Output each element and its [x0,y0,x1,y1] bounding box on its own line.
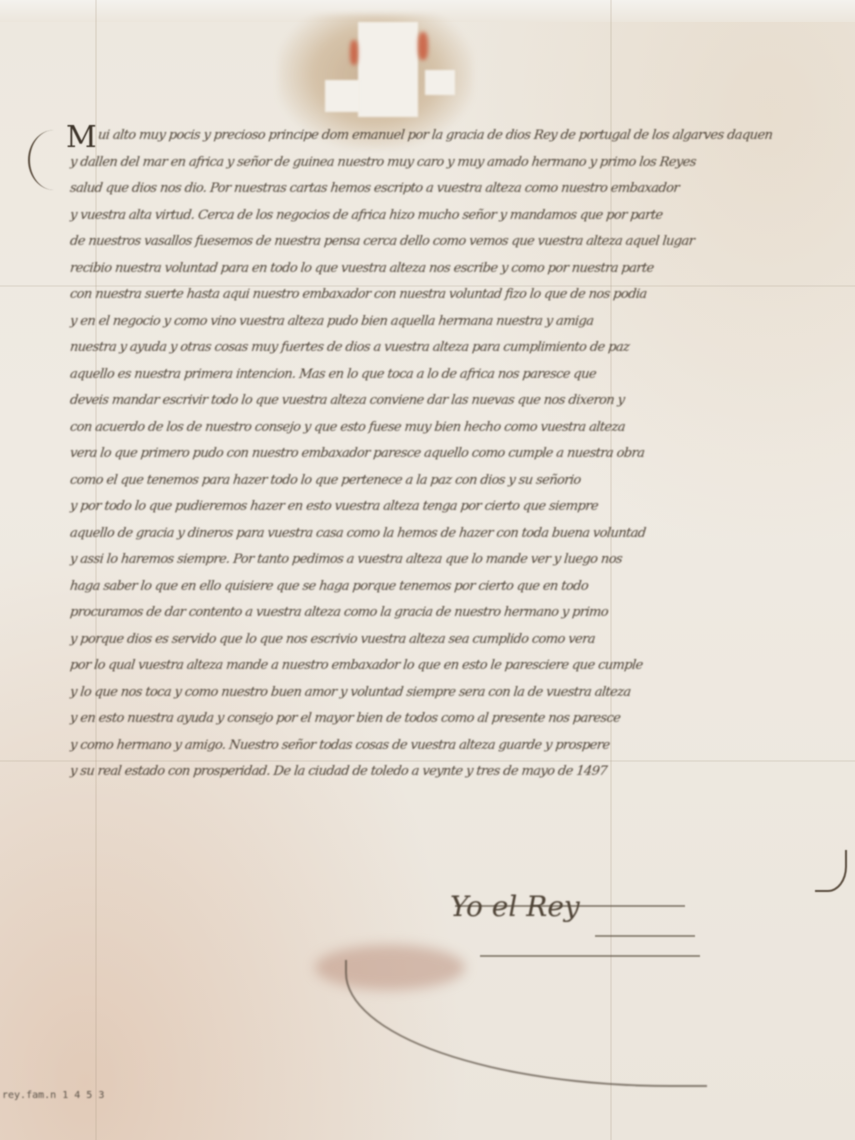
text-line: y por todo lo que pudieremos hazer en es… [69,499,831,514]
text-line: deveis mandar escrivir todo lo que vuest… [69,393,831,408]
text-line: y vuestra alta virtud. Cerca de los nego… [69,208,831,223]
signature-flourish [345,960,707,1087]
text-line: y assi lo haremos siempre. Por tanto ped… [69,552,831,567]
seal-hole [425,70,455,95]
archive-reference: rey.fam.n 1 4 5 3 [2,1090,104,1101]
date-flourish [815,850,847,892]
text-line: con nuestra suerte hasta aqui nuestro em… [69,287,831,302]
seal-wax-fragment [418,32,428,60]
text-line: con acuerdo de los de nuestro consejo y … [69,420,831,435]
text-line: recibio nuestra voluntad para en todo lo… [69,261,831,276]
seal-hole [358,22,418,117]
text-line: ui alto muy pocis y precioso principe do… [97,128,831,143]
text-line: y porque dios es servido que lo que nos … [69,632,831,647]
text-line: y su real estado con prosperidad. De la … [69,764,831,779]
text-line: y dallen del mar en africa y señor de gu… [69,155,831,170]
text-line: y en esto nuestra ayuda y consejo por el… [69,711,831,726]
text-line: y como hermano y amigo. Nuestro señor to… [69,738,831,753]
signature-rule [595,935,695,937]
text-line: por lo qual vuestra alteza mande a nuest… [69,658,831,673]
royal-signature: Yo el Rey [450,890,580,923]
text-line: haga saber lo que en ello quisiere que s… [69,579,831,594]
text-line: y lo que nos toca y como nuestro buen am… [69,685,831,700]
seal-hole [325,80,360,112]
signature-rule [480,955,700,957]
text-line: y en el negocio y como vino vuestra alte… [69,314,831,329]
seal-wax-fragment [350,40,358,65]
text-line: nuestra y ayuda y otras cosas muy fuerte… [69,340,831,355]
text-line: vera lo que primero pudo con nuestro emb… [69,446,831,461]
text-line: como el que tenemos para hazer todo lo q… [69,473,831,488]
text-line: salud que dios nos dio. Por nuestras car… [69,181,831,196]
manuscript-page: M ui alto muy pocis y precioso principe … [0,0,855,1140]
letter-body: ui alto muy pocis y precioso principe do… [70,128,830,791]
text-line: de nuestros vasallos fuesemos de nuestra… [69,234,831,249]
text-line: procuramos de dar contento a vuestra alt… [69,605,831,620]
text-line: aquello es nuestra primera intencion. Ma… [69,367,831,382]
text-line: aquello de gracia y dineros para vuestra… [69,526,831,541]
